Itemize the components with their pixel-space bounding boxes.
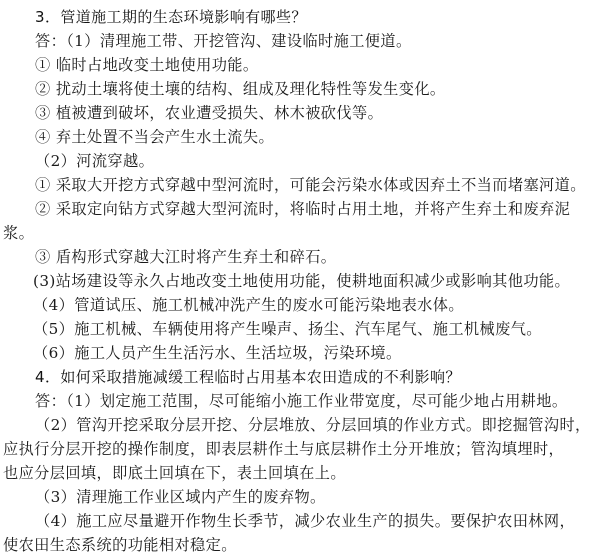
q3-answer-6: （6）施工人员产生生活污水、生活垃圾，污染环境。 (0, 341, 611, 365)
q4-answer-2-line-1: （2）管沟开挖采取分层开挖、分层堆放、分层回填的作业方式。即挖掘管沟时， (0, 413, 611, 437)
q4-answer-4-line-2: 使农田生态系统的功能相对稳定。 (0, 533, 611, 556)
q3-answer-1-item-1: ① 临时占地改变土地使用功能。 (0, 53, 611, 77)
q3-answer-2-item-1: ① 采取大开挖方式穿越中型河流时，可能会污染水体或因弃土不当而堵塞河道。 (0, 173, 611, 197)
q4-answer-1: 答：（1）划定施工范围，尽可能缩小施工作业带宽度，尽可能少地占用耕地。 (0, 389, 611, 413)
q3-answer-3: (3)站场建设等永久占地改变土地使用功能，使耕地面积减少或影响其他功能。 (0, 269, 611, 293)
q3-answer-2-item-3: ③ 盾构形式穿越大江时将产生弃土和碎石。 (0, 245, 611, 269)
q4-answer-2-line-2: 应执行分层开挖的操作制度，即表层耕作土与底层耕作土分开堆放；管沟填埋时， (0, 437, 611, 461)
question-3-title: 3．管道施工期的生态环境影响有哪些？ (0, 5, 611, 29)
q3-answer-1: 答：（1）清理施工带、开挖管沟、建设临时施工便道。 (0, 29, 611, 53)
q3-answer-1-item-2: ② 扰动土壤将使土壤的结构、组成及理化特性等发生变化。 (0, 77, 611, 101)
q4-answer-2-line-3: 也应分层回填，即底土回填在下，表土回填在上。 (0, 461, 611, 485)
question-4-title: 4．如何采取措施减缓工程临时占用基本农田造成的不利影响？ (0, 365, 611, 389)
q4-answer-3: （3）清理施工作业区域内产生的废弃物。 (0, 485, 611, 509)
q4-answer-4-line-1: （4）施工应尽量避开作物生长季节，减少农业生产的损失。要保护农田林网， (0, 509, 611, 533)
q3-answer-1-item-4: ④ 弃土处置不当会产生水土流失。 (0, 125, 611, 149)
q3-answer-4: （4）管道试压、施工机械冲洗产生的废水可能污染地表水体。 (0, 293, 611, 317)
q3-answer-2-item-2: ② 采取定向钻方式穿越大型河流时，将临时占用土地，并将产生弃土和废弃泥 (0, 197, 611, 221)
q3-answer-2: （2）河流穿越。 (0, 149, 611, 173)
q3-answer-2-item-2-cont: 浆。 (0, 221, 611, 245)
q3-answer-1-item-3: ③ 植被遭到破坏，农业遭受损失、林木被砍伐等。 (0, 101, 611, 125)
document-page: 3．管道施工期的生态环境影响有哪些？ 答：（1）清理施工带、开挖管沟、建设临时施… (0, 5, 611, 556)
q3-answer-5: （5）施工机械、车辆使用将产生噪声、扬尘、汽车尾气、施工机械废气。 (0, 317, 611, 341)
